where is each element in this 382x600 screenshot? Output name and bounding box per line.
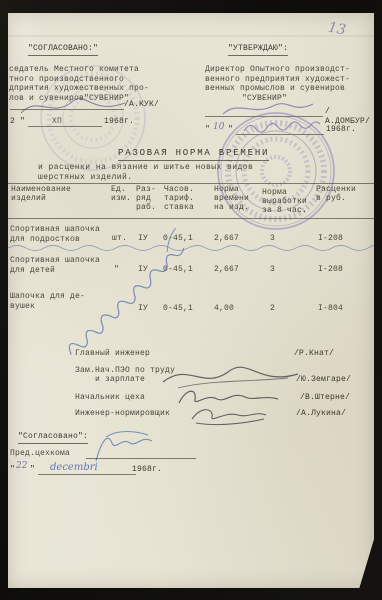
- signature-role-rate-setter: Инженер-нормировщик: [75, 409, 170, 419]
- col-header-item-name: Наименование изделий: [11, 186, 71, 204]
- footer-date-day: 22: [16, 461, 27, 471]
- approved-date-open-quote: ": [205, 125, 210, 135]
- col-header-output-norm: Норма выработки за 8 час.: [262, 189, 307, 215]
- col-header-unit: Ед. изм.: [111, 186, 131, 204]
- approved-label: "УТВЕРЖДАЮ":: [228, 44, 288, 56]
- footer-date-close-quote: ": [30, 465, 35, 475]
- photo-backdrop: 13 "СОГЛАСОВАНО:" "УТВЕРЖДАЮ": седатель …: [0, 0, 382, 600]
- paper-crease: [8, 35, 374, 38]
- table-top-rule: [8, 183, 374, 184]
- col-header-rate: Расценки в руб.: [316, 186, 356, 204]
- footer-role-shop-committee: Пред.цехкома: [10, 449, 70, 459]
- signature-role-chief-engineer: Главный инженер: [75, 349, 150, 359]
- footer-date-month: decembri: [50, 462, 98, 473]
- col-header-grade: Раз- ряд раб.: [136, 186, 156, 212]
- document-subtitle-line2: шерстяных изделий.: [38, 173, 133, 183]
- handwritten-diagonal-note: [38, 238, 218, 358]
- signature-stroke-shop-committee: [88, 427, 158, 467]
- table-header-rule: [8, 218, 374, 219]
- col-header-tariff: Часов. тариф. ставка: [164, 186, 194, 212]
- signature-role-shop-chief: Начальник цеха: [75, 393, 145, 403]
- table-cell-rate: I-208: [318, 265, 343, 275]
- table-cell-output: 3: [270, 265, 275, 275]
- agreed-date-day: 2 ": [10, 117, 25, 127]
- table-cell-output: 2: [270, 304, 275, 314]
- document-page: 13 "СОГЛАСОВАНО:" "УТВЕРЖДАЮ": седатель …: [8, 13, 374, 588]
- footer-date-year: 1968г.: [132, 465, 162, 475]
- table-cell-rate: I-804: [318, 304, 343, 314]
- page-number: 13: [327, 20, 347, 39]
- col-header-time-norm: Норма времени на изд.: [214, 186, 249, 212]
- footer-date-open-quote: ": [10, 465, 15, 475]
- signature-name-deputy-peo: /Ю.Земгаре/: [296, 375, 351, 385]
- agreed-label: "СОГЛАСОВАНО:": [28, 44, 98, 56]
- signature-name-shop-chief: /В.Штерне/: [300, 393, 350, 403]
- approved-body-text: Директор Опытного производст- венного пр…: [205, 65, 350, 94]
- document-subtitle-line1: и расценки на вязание и шитье новых видо…: [38, 163, 253, 173]
- signature-role-deputy-peo-line2: и зарплате: [95, 375, 145, 385]
- signature-name-rate-setter: /А.Лукина/: [296, 409, 346, 419]
- signature-stroke-lukina: [186, 403, 271, 427]
- footer-agreed-label: "Согласовано":: [18, 432, 88, 444]
- document-title: РАЗОВАЯ НОРМА ВРЕМЕНИ: [118, 149, 269, 161]
